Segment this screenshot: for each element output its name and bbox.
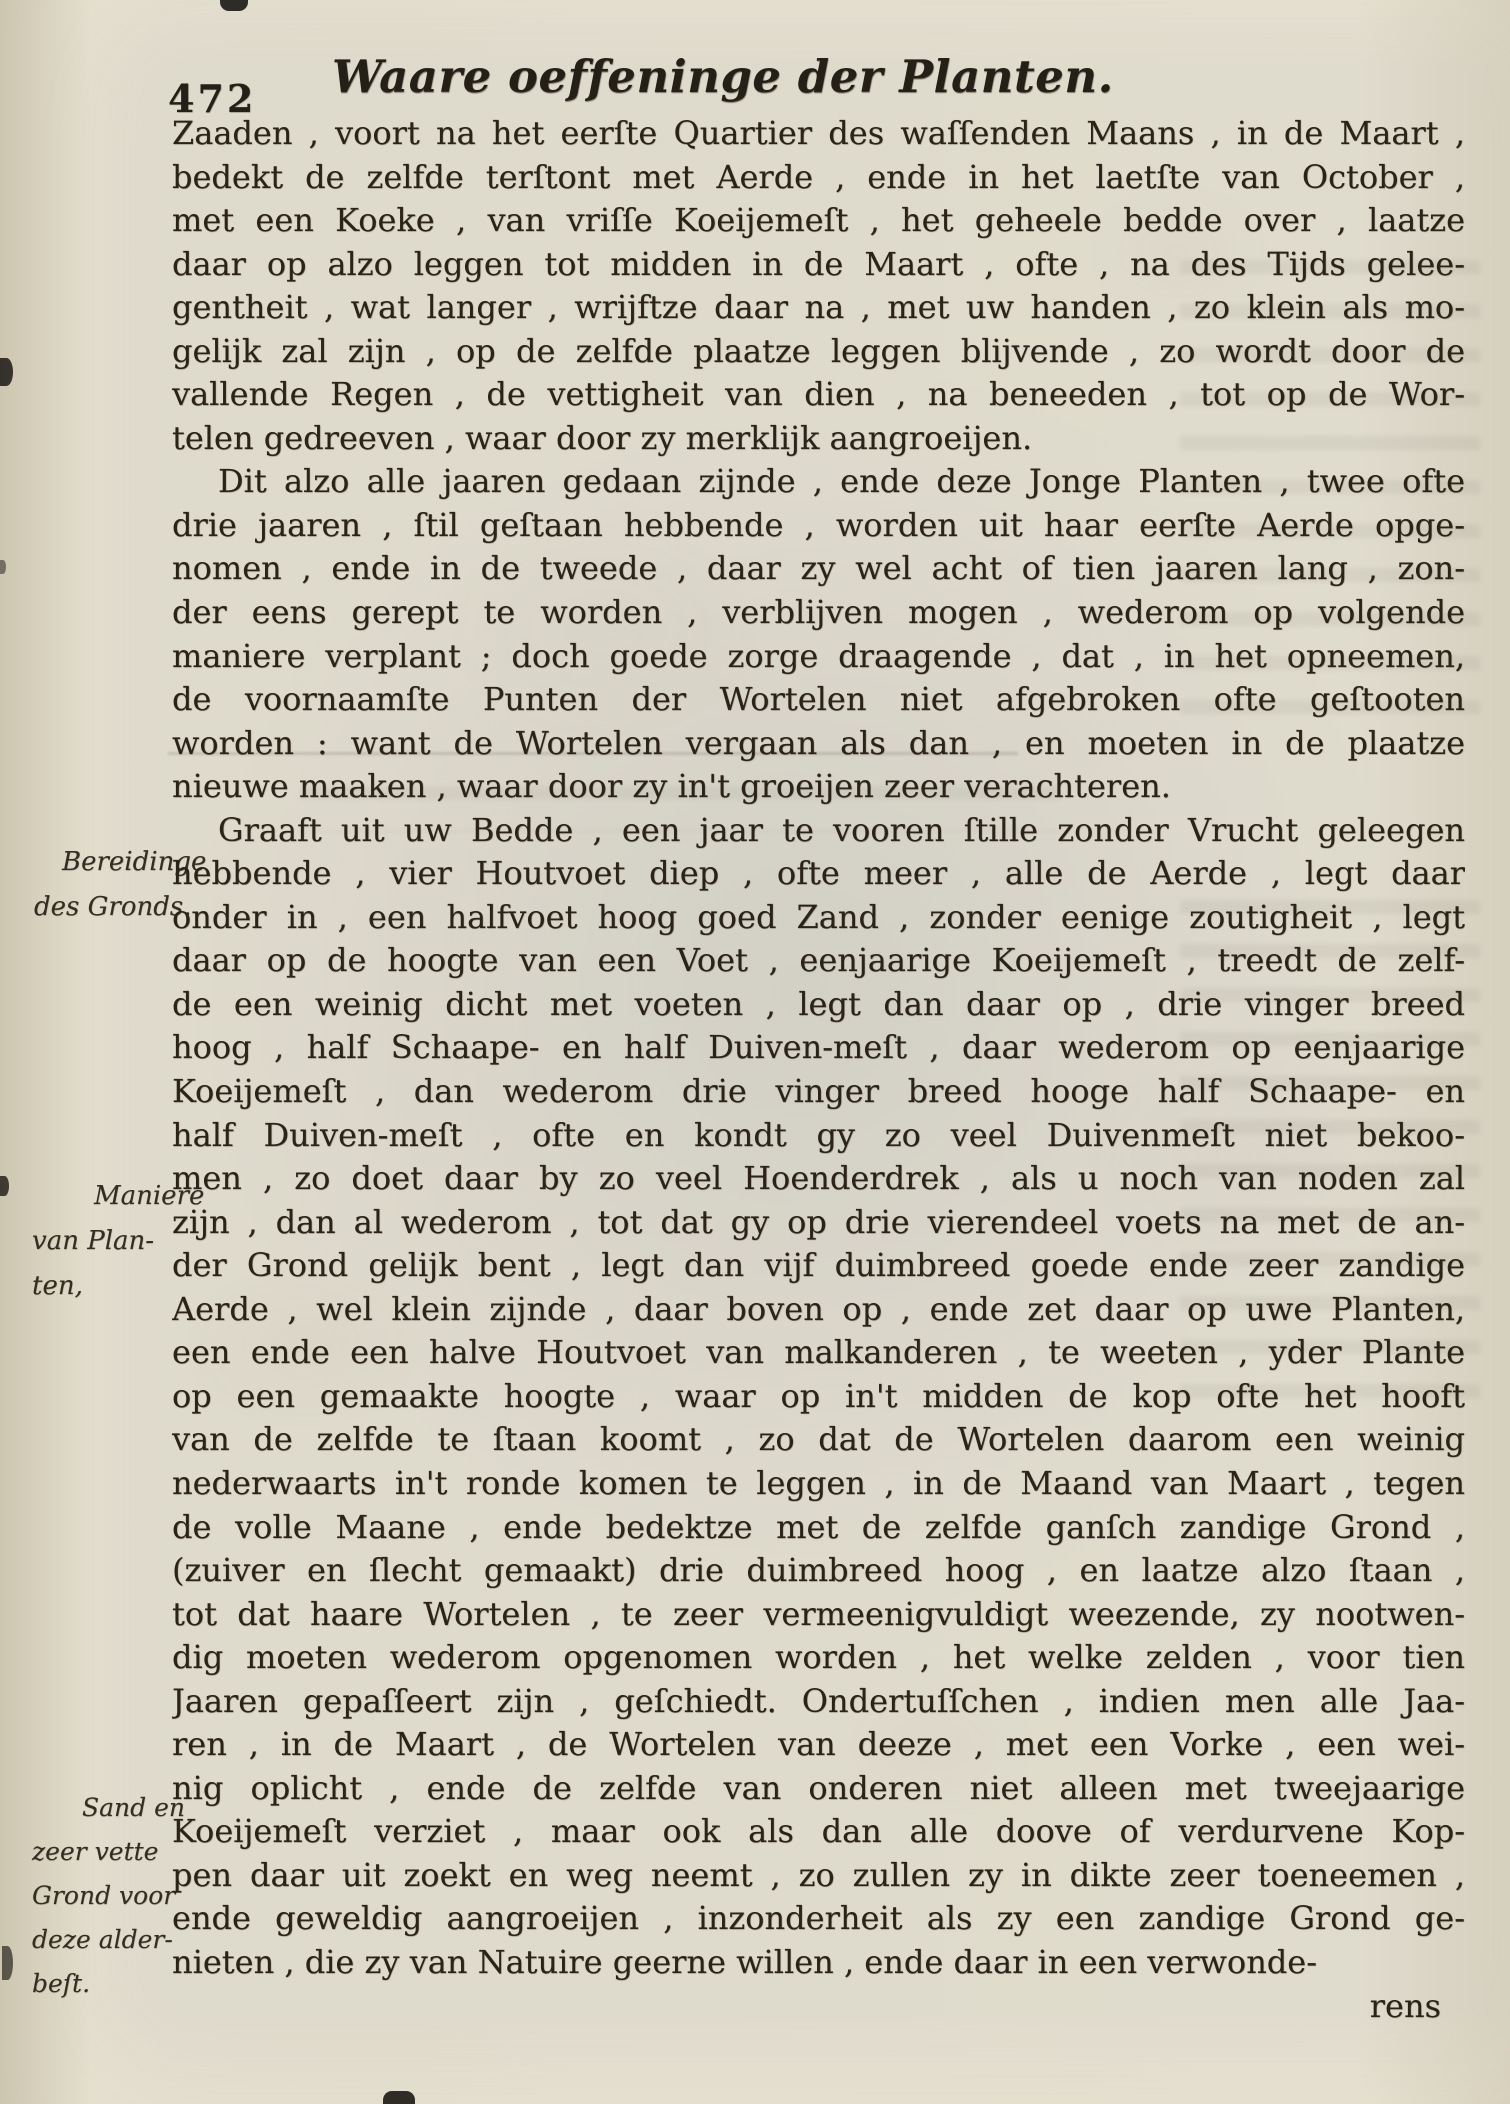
body-line: ende geweldig aangroeijen , inzonderheit… — [172, 1897, 1465, 1941]
body-line: hebbende , vier Houtvoet diep , ofte mee… — [172, 852, 1465, 896]
body-line: Zaaden , voort na het eerſte Quartier de… — [172, 112, 1465, 156]
body-line: vallende Regen , de vettigheit van dien … — [172, 373, 1465, 417]
scan-artifact — [2, 1946, 13, 1980]
body-line: nieuwe maaken , waar door zy in't groeij… — [172, 765, 1465, 809]
body-line: een ende een halve Houtvoet van malkande… — [172, 1331, 1465, 1375]
margin-note-line: beſt. — [32, 1962, 185, 2006]
body-line: Dit alzo alle jaaren gedaan zijnde , end… — [172, 460, 1465, 504]
body-line: nomen , ende in de tweede , daar zy wel … — [172, 547, 1465, 591]
book-page: 472 Waare oeffeninge der Planten. Bereid… — [0, 0, 1510, 2104]
body-line: tot dat haare Wortelen , te zeer vermeen… — [172, 1593, 1465, 1637]
body-line: Graaft uit uw Bedde , een jaar te vooren… — [172, 809, 1465, 853]
body-line: drie jaaren , ſtil geſtaan hebbende , wo… — [172, 504, 1465, 548]
body-line: bedekt de zelfde terſtont met Aerde , en… — [172, 156, 1465, 200]
body-line: de volle Maane , ende bedektze met de ze… — [172, 1506, 1465, 1550]
margin-note-sand: Sand en zeer vette Grond voor deze alder… — [32, 1786, 185, 2006]
margin-note-line: zeer vette — [32, 1830, 185, 1874]
scan-artifact — [0, 560, 6, 574]
body-line: men , zo doet daar by zo veel Hoenderdre… — [172, 1157, 1465, 1201]
scan-artifact — [0, 358, 13, 386]
scan-artifact — [220, 0, 248, 11]
scan-artifact — [383, 2091, 415, 2104]
margin-note-line: Sand en — [32, 1786, 185, 1830]
body-line: pen daar uit zoekt en weg neemt , zo zul… — [172, 1854, 1465, 1898]
margin-note-line: Grond voor — [32, 1874, 185, 1918]
body-line: Jaaren gepaſſeert zijn , geſchiedt. Onde… — [172, 1680, 1465, 1724]
body-line: worden : want de Wortelen vergaan als da… — [172, 722, 1465, 766]
body-line: nig oplicht , ende de zelfde van onderen… — [172, 1767, 1465, 1811]
body-line: de voornaamſte Punten der Wortelen niet … — [172, 678, 1465, 722]
body-line: half Duiven-meſt , ofte en kondt gy zo v… — [172, 1114, 1465, 1158]
body-line: dig moeten wederom opgenomen worden , he… — [172, 1636, 1465, 1680]
body-line: daar op alzo leggen tot midden in de Maa… — [172, 243, 1465, 287]
running-header-title: Waare oeffeninge der Planten. — [332, 50, 1142, 103]
body-line: zijn , dan al wederom , tot dat gy op dr… — [172, 1201, 1465, 1245]
body-line: op een gemaakte hoogte , waar op in't mi… — [172, 1375, 1465, 1419]
scan-artifact — [0, 1176, 9, 1196]
margin-note-line: deze alder- — [32, 1918, 185, 1962]
body-line: telen gedreeven , waar door zy merklijk … — [172, 417, 1465, 461]
body-line: nederwaarts in't ronde komen te leggen ,… — [172, 1462, 1465, 1506]
body-line: onder in , een halfvoet hoog goed Zand ,… — [172, 896, 1465, 940]
body-line: Koeijemeſt verziet , maar ook als dan al… — [172, 1810, 1465, 1854]
catchword: rens — [172, 1985, 1465, 2029]
body-line: hoog , half Schaape- en half Duiven-meſt… — [172, 1026, 1465, 1070]
body-line: gelijk zal zijn , op de zelfde plaatze l… — [172, 330, 1465, 374]
body-line: van de zelfde te ſtaan koomt , zo dat de… — [172, 1418, 1465, 1462]
body-line: nieten , die zy van Natuire geerne wille… — [172, 1941, 1465, 1985]
body-line: der Grond gelijk bent , legt dan vijf du… — [172, 1244, 1465, 1288]
body-line: daar op de hoogte van een Voet , eenjaar… — [172, 939, 1465, 983]
body-line: met een Koeke , van vriſſe Koeijemeſt , … — [172, 199, 1465, 243]
body-line: Aerde , wel klein zijnde , daar boven op… — [172, 1288, 1465, 1332]
body-line: gentheit , wat langer , wrijftze daar na… — [172, 286, 1465, 330]
body-line: Koeijemeſt , dan wederom drie vinger bre… — [172, 1070, 1465, 1114]
body-line: (zuiver en ſlecht gemaakt) drie duimbree… — [172, 1549, 1465, 1593]
body-text: Zaaden , voort na het eerſte Quartier de… — [172, 112, 1465, 2028]
body-line: de een weinig dicht met voeten , legt da… — [172, 983, 1465, 1027]
body-line: maniere verplant ; doch goede zorge draa… — [172, 635, 1465, 679]
body-line: ren , in de Maart , de Wortelen van deez… — [172, 1723, 1465, 1767]
body-line: der eens gerept te worden , verblijven m… — [172, 591, 1465, 635]
